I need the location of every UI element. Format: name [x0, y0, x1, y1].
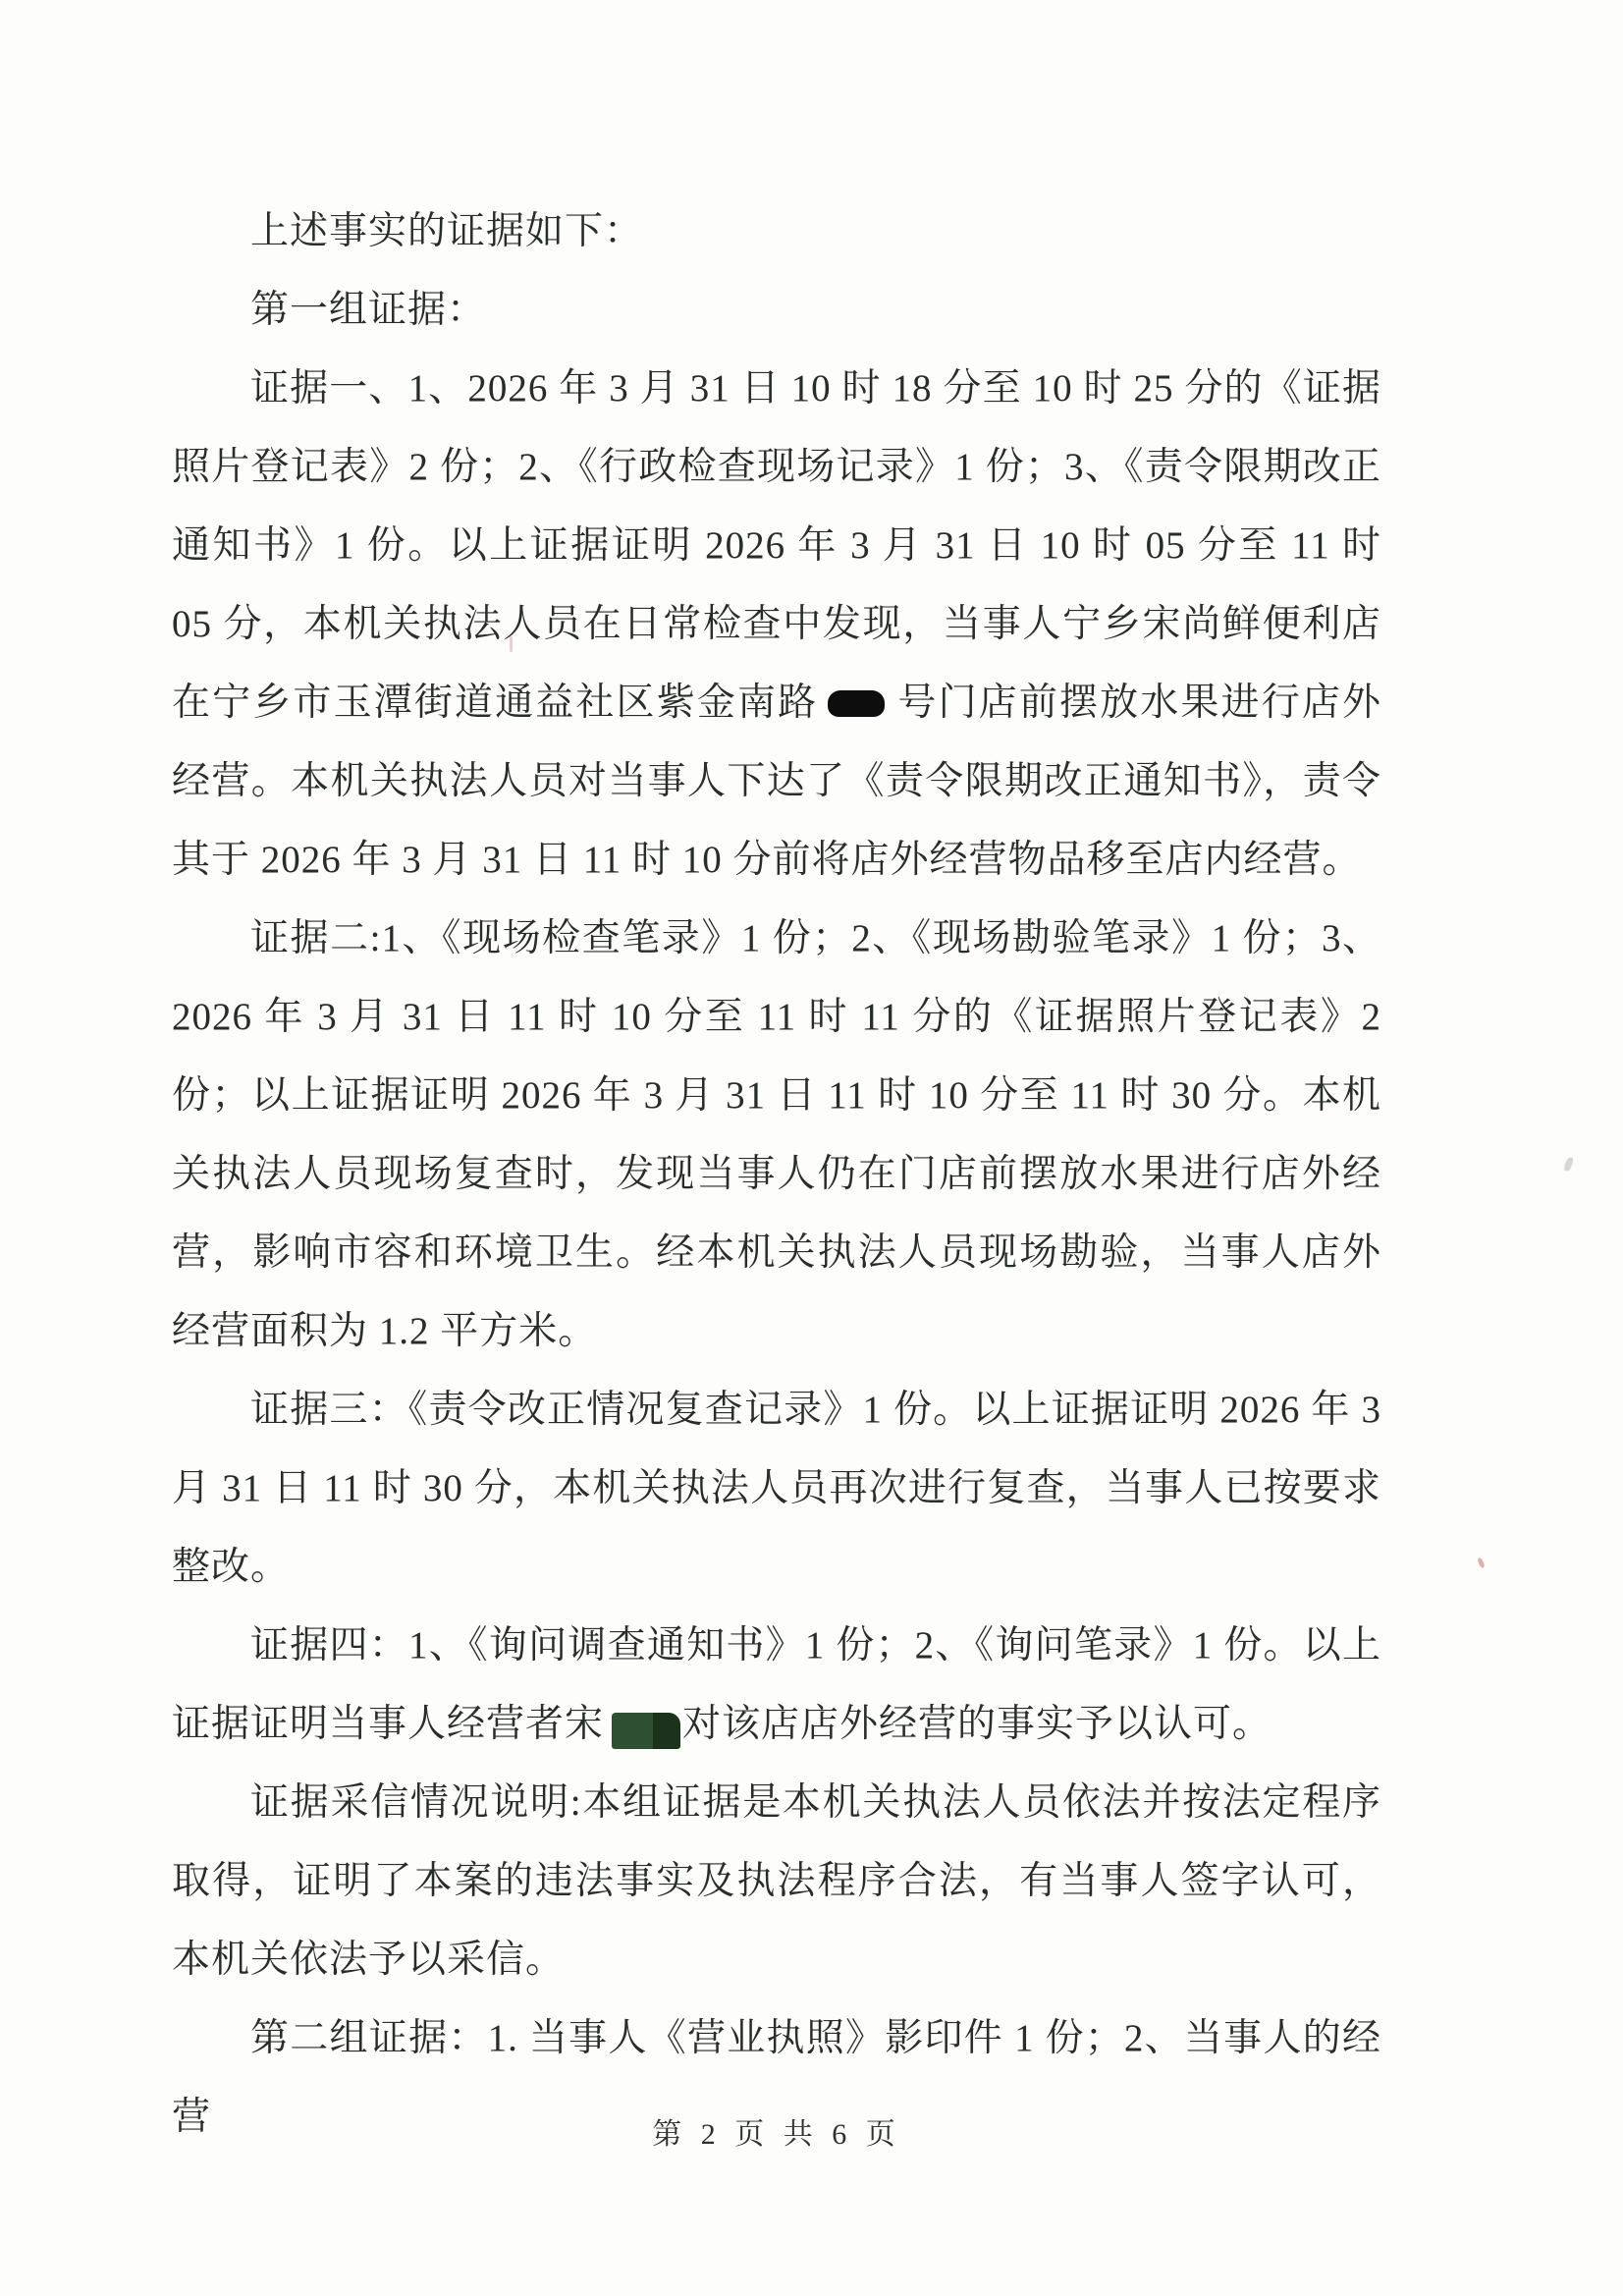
- document-body: 上述事实的证据如下： 第一组证据： 证据一、1、2026 年 3 月 31 日 …: [172, 192, 1381, 2157]
- scan-speck: [1563, 1156, 1575, 1172]
- evidence1-text-before-redaction: 证据一、1、2026 年 3 月 31 日 10 时 18 分至 10 时 25…: [172, 367, 1381, 724]
- page-number-footer: 第 2 页 共 6 页: [172, 2109, 1381, 2153]
- intro-line: 上述事实的证据如下：: [172, 192, 1381, 271]
- evidence-admissibility-paragraph: 证据采信情况说明:本组证据是本机关执法人员依法并按法定程序取得，证明了本案的违法…: [172, 1764, 1381, 1999]
- redaction-operator-name: [612, 1713, 680, 1749]
- scan-speck: [1477, 1557, 1486, 1568]
- scanned-document-page: 上述事实的证据如下： 第一组证据： 证据一、1、2026 年 3 月 31 日 …: [0, 0, 1623, 2296]
- evidence3-paragraph: 证据三：《责令改正情况复查记录》1 份。以上证据证明 2026 年 3 月 31…: [172, 1371, 1381, 1607]
- redaction-street-number: [828, 690, 885, 717]
- evidence4-text-after-redaction: 对该店店外经营的事实予以认可。: [682, 1703, 1271, 1745]
- evidence2-paragraph: 证据二:1、《现场检查笔录》1 份；2、《现场勘验笔录》1 份；3、2026 年…: [172, 900, 1381, 1371]
- evidence1-paragraph: 证据一、1、2026 年 3 月 31 日 10 时 18 分至 10 时 25…: [172, 350, 1381, 900]
- group1-heading: 第一组证据：: [172, 271, 1381, 350]
- evidence4-paragraph: 证据四：1、《询问调查通知书》1 份；2、《询问笔录》1 份。以上证据证明当事人…: [172, 1607, 1381, 1764]
